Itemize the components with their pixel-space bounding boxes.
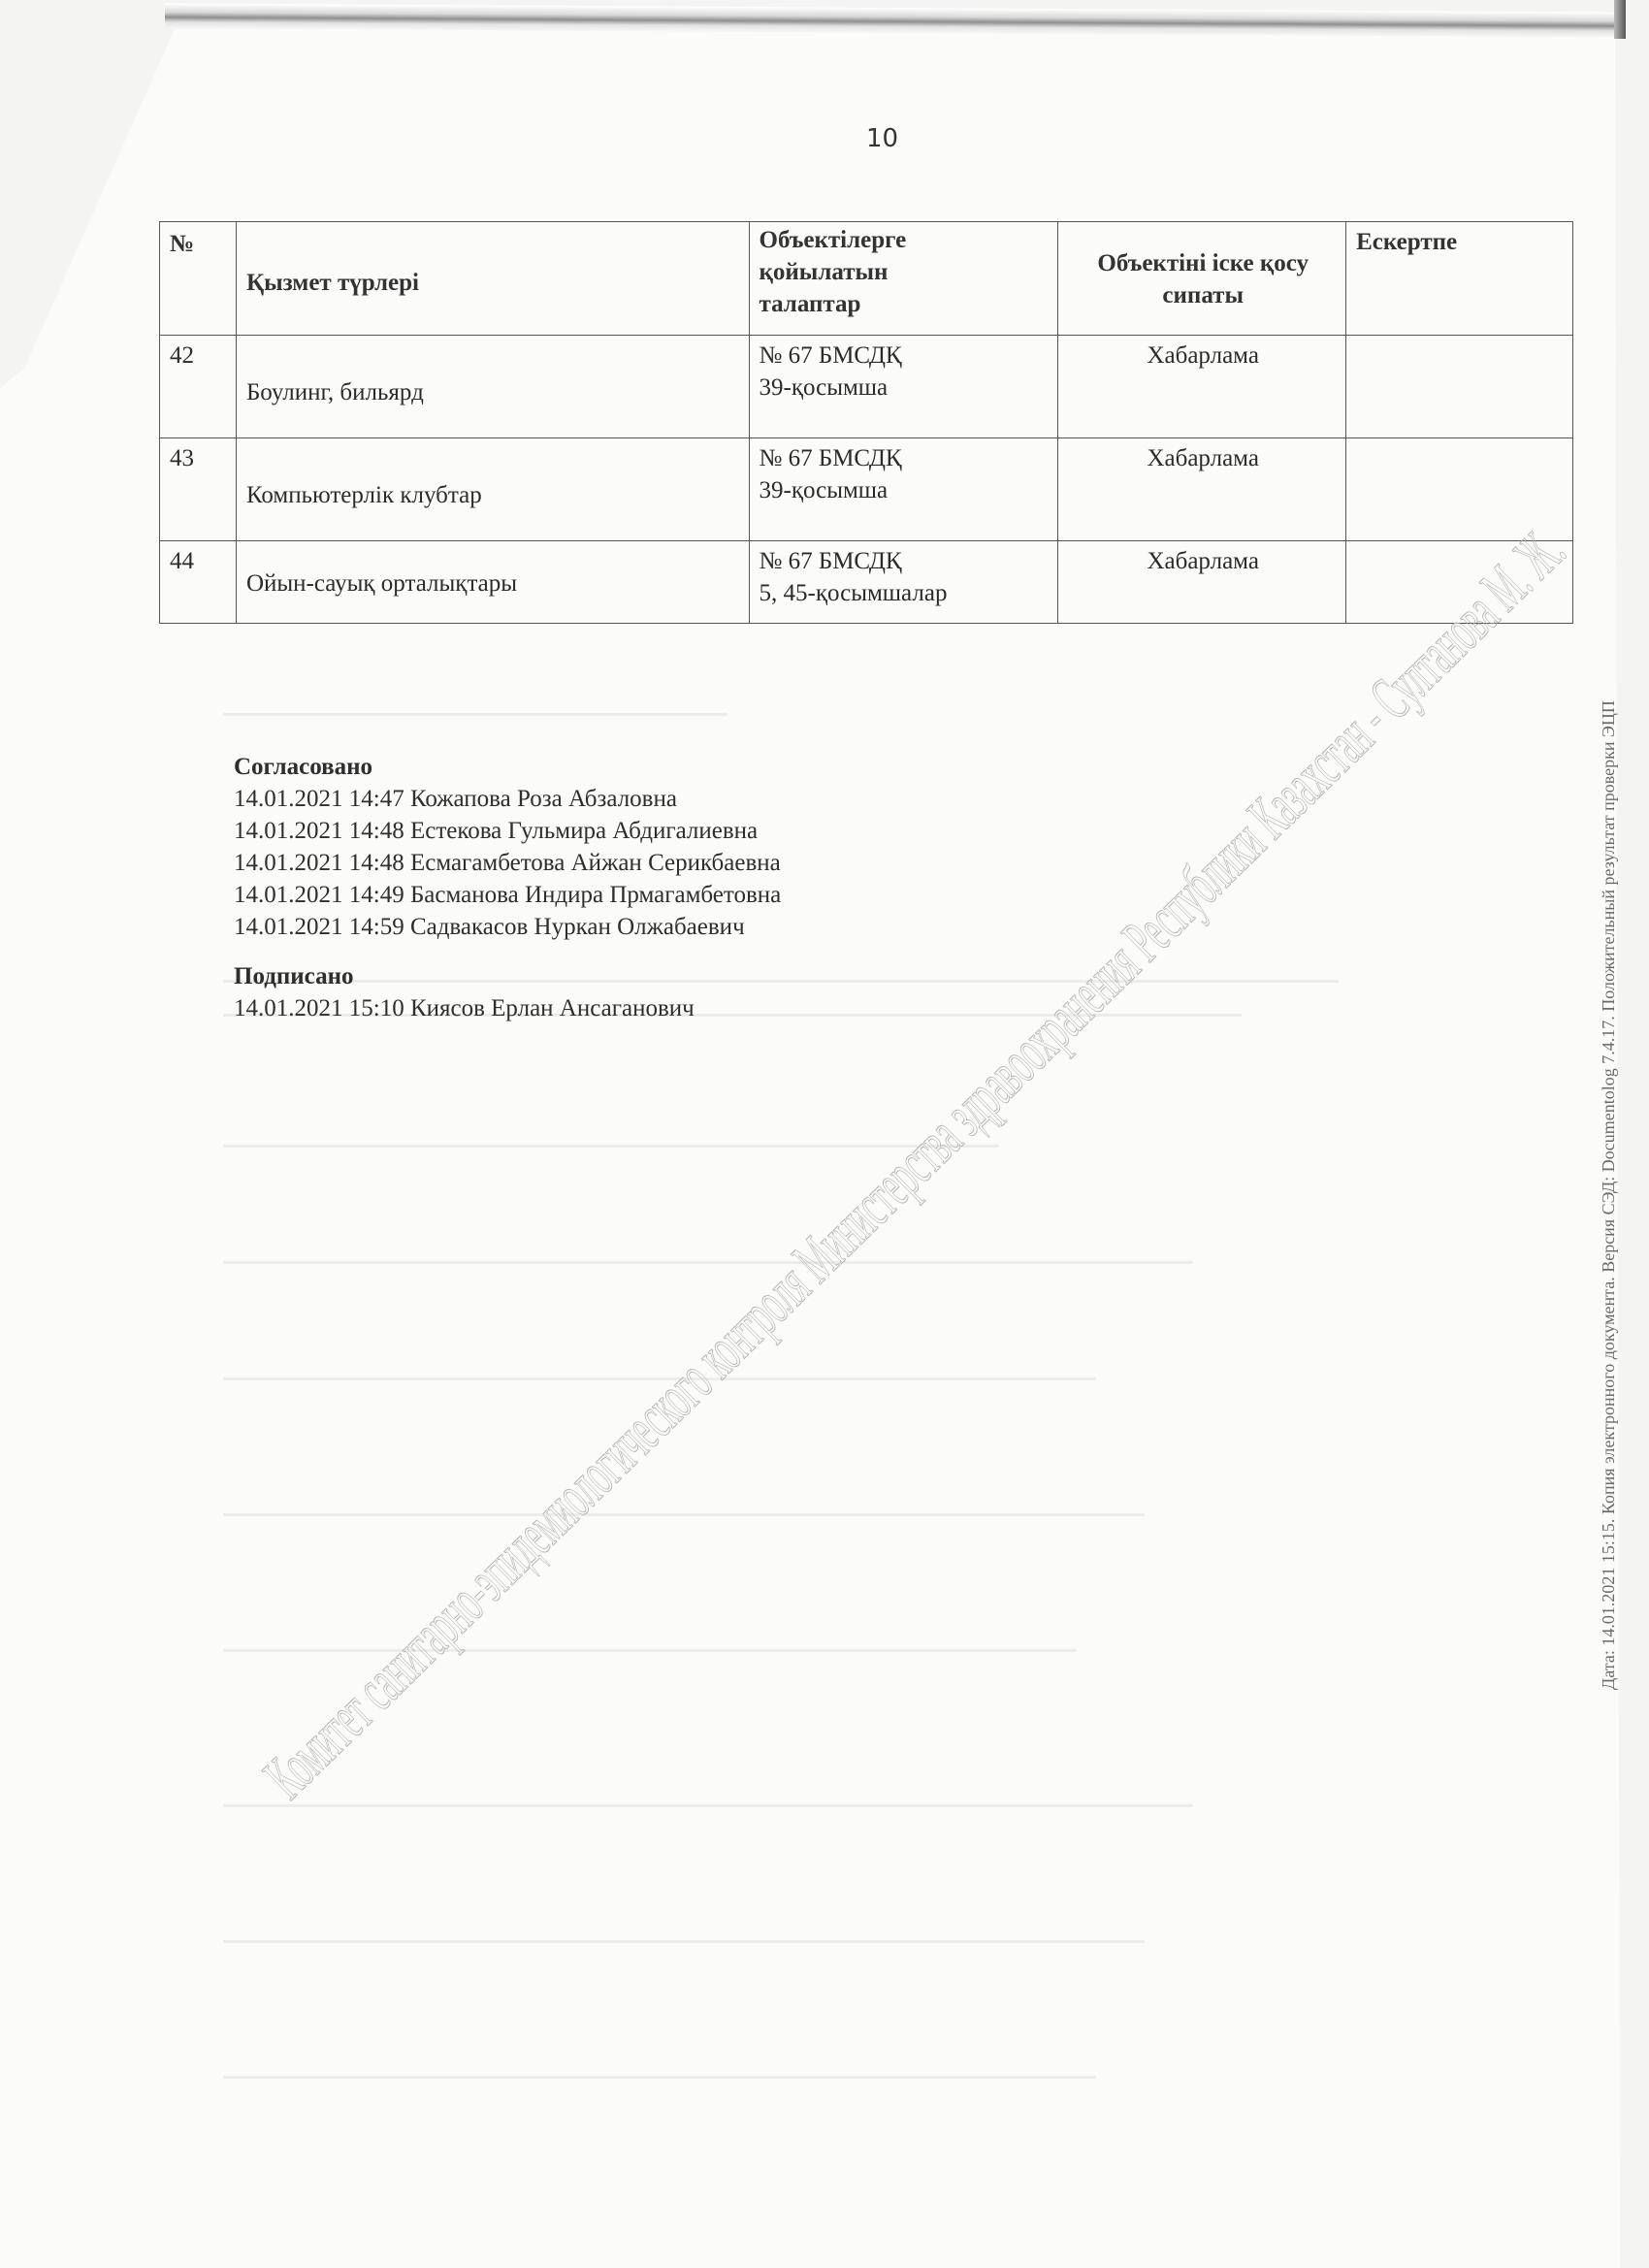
- header-requirements-line: қойылатын: [760, 256, 1051, 288]
- header-requirements-line: Объектілерге: [760, 224, 1051, 256]
- cell-launch-mode: Хабарлама: [1058, 336, 1346, 438]
- table-row: 44 Ойын-сауық орталықтары № 67 БМСДҚ 5, …: [160, 541, 1573, 624]
- requirement-line: № 67 БМСДҚ: [760, 442, 1051, 474]
- header-num: №: [160, 222, 237, 336]
- services-table: № Қызмет түрлері Объектілерге қойылатын …: [159, 221, 1573, 624]
- cell-num: 42: [160, 336, 237, 438]
- requirement-line: № 67 БМСДҚ: [760, 545, 1051, 577]
- table-row: 42 Боулинг, бильярд № 67 БМСДҚ 39-қосымш…: [160, 336, 1573, 438]
- bleed-through-line: [223, 1804, 1193, 1807]
- cell-num: 43: [160, 438, 237, 541]
- table-row: 43 Компьютерлік клубтар № 67 БМСДҚ 39-қо…: [160, 438, 1573, 541]
- cell-requirements: № 67 БМСДҚ 39-қосымша: [749, 438, 1058, 541]
- header-services: Қызмет түрлері: [236, 222, 749, 336]
- cell-note: [1346, 336, 1573, 438]
- cell-num: 44: [160, 541, 237, 624]
- cell-service: Ойын-сауық орталықтары: [236, 541, 749, 624]
- cell-service: Компьютерлік клубтар: [236, 438, 749, 541]
- agreed-heading: Согласовано: [234, 751, 781, 783]
- bleed-through-line: [223, 2076, 1096, 2079]
- bleed-through-line: [223, 1940, 1145, 1943]
- requirement-line: № 67 БМСДҚ: [760, 340, 1051, 372]
- header-requirements: Объектілерге қойылатын талаптар: [749, 222, 1058, 336]
- agreed-entry: 14.01.2021 14:47 Кожапова Роза Абзаловна: [234, 783, 781, 815]
- approval-block: Согласовано 14.01.2021 14:47 Кожапова Ро…: [234, 751, 781, 1024]
- header-note: Ескертпе: [1346, 222, 1573, 336]
- cell-requirements: № 67 БМСДҚ 39-қосымша: [749, 336, 1058, 438]
- requirement-line: 39-қосымша: [760, 372, 1051, 404]
- bleed-through-line: [223, 713, 727, 716]
- agreed-entry: 14.01.2021 14:49 Басманова Индира Прмага…: [234, 879, 781, 911]
- agreed-entry: 14.01.2021 14:48 Есмагамбетова Айжан Сер…: [234, 847, 781, 879]
- agreed-entry: 14.01.2021 14:48 Естекова Гульмира Абдиг…: [234, 815, 781, 847]
- requirement-line: 39-қосымша: [760, 474, 1051, 506]
- page-number: 10: [866, 124, 898, 153]
- header-requirements-line: талаптар: [760, 288, 1051, 320]
- side-stamp-text: Дата: 14.01.2021 15:15. Копия электронно…: [1599, 700, 1619, 1690]
- table-header-row: № Қызмет түрлері Объектілерге қойылатын …: [160, 222, 1573, 336]
- cell-launch-mode: Хабарлама: [1058, 438, 1346, 541]
- bleed-through-line: [223, 1649, 1077, 1652]
- signed-heading: Подписано: [234, 960, 781, 992]
- agreed-entry: 14.01.2021 14:59 Садвакасов Нуркан Олжаб…: [234, 911, 781, 943]
- cell-service: Боулинг, бильярд: [236, 336, 749, 438]
- cell-requirements: № 67 БМСДҚ 5, 45-қосымшалар: [749, 541, 1058, 624]
- paper-edge-shadow: [1614, 0, 1626, 39]
- signed-entry: 14.01.2021 15:10 Киясов Ерлан Ансаганови…: [234, 992, 781, 1024]
- bleed-through-line: [223, 1513, 1145, 1516]
- spacer: [234, 943, 781, 960]
- cell-launch-mode: Хабарлама: [1058, 541, 1346, 624]
- bleed-through-line: [223, 1261, 1193, 1264]
- requirement-line: 5, 45-қосымшалар: [760, 577, 1051, 609]
- edoc-verification-stamp: Дата: 14.01.2021 15:15. Копия электронно…: [1601, 700, 1619, 1690]
- header-launch-mode: Объектіні іске қосу сипаты: [1058, 222, 1346, 336]
